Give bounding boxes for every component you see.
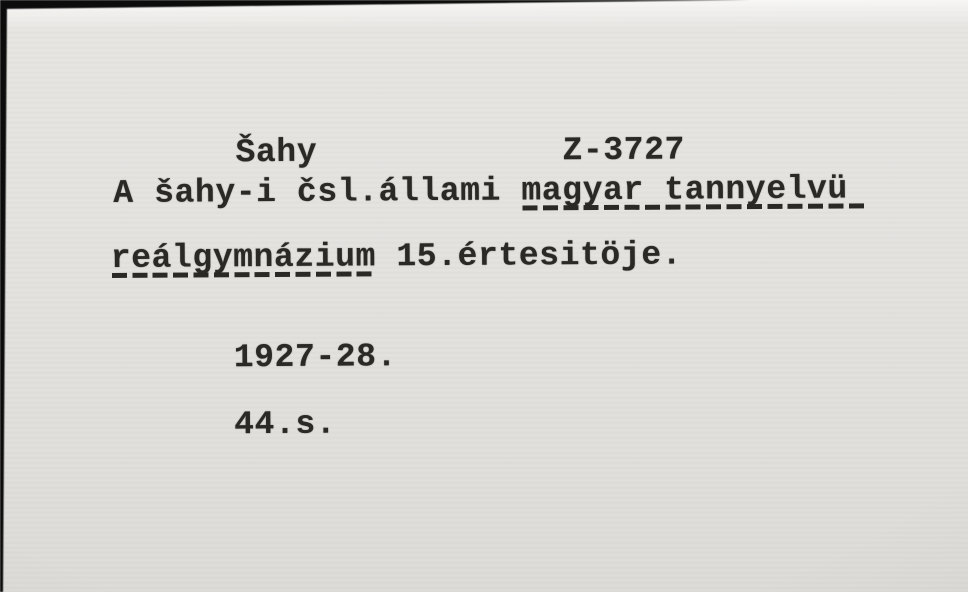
catalog-card-scan: Šahy Z-3727 A šahy-i čsl.állami magyar t… xyxy=(0,0,968,592)
scan-edge-black-border xyxy=(0,0,968,592)
